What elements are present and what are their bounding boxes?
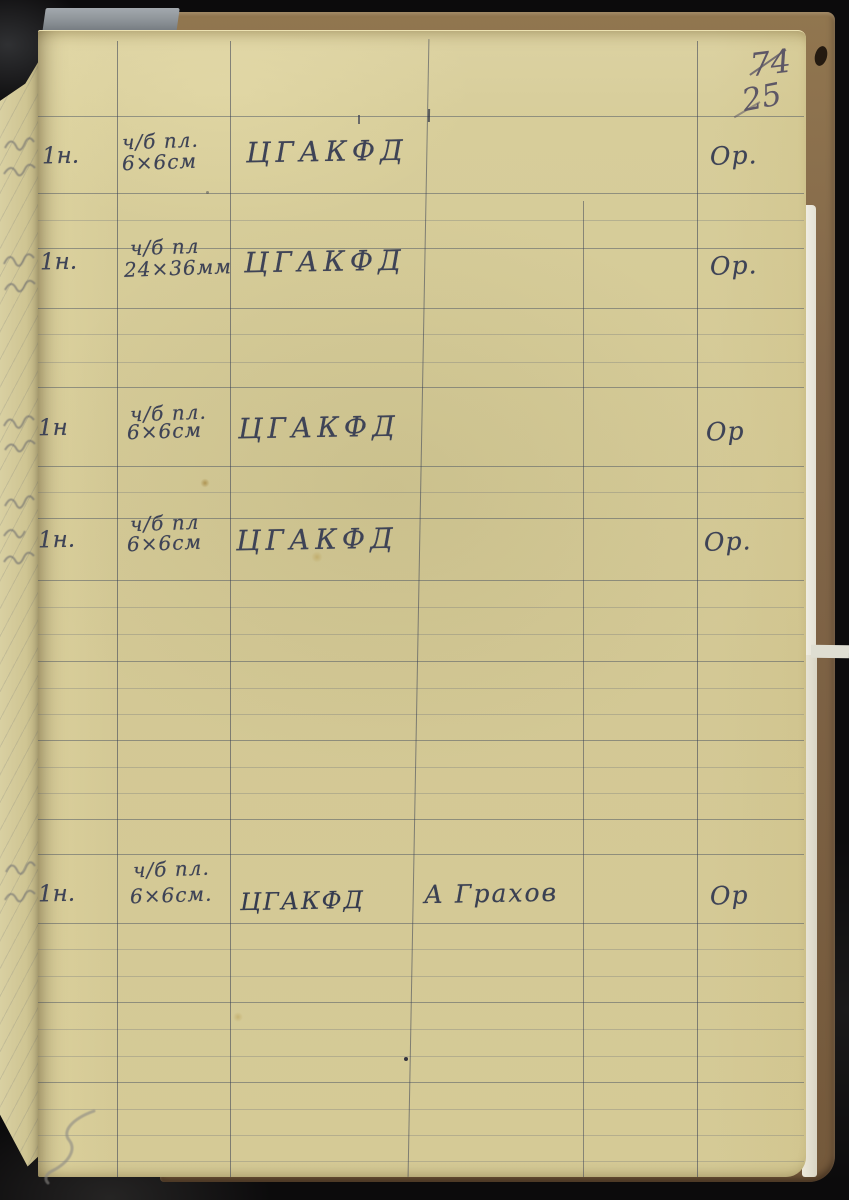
archive-cell: ЦГАКФД [236,522,398,558]
ruled-line [38,661,804,662]
column-divider-line [117,41,118,1177]
page-number-old: 74 [748,45,792,82]
ruled-line [38,1029,804,1030]
ruled-line [38,714,804,715]
ruled-line [38,949,804,950]
mark-cell: Ор. [710,250,758,281]
ruled-line [38,1161,804,1162]
ruled-line [38,1109,804,1110]
ruled-line [38,1082,804,1083]
column-divider-line [697,41,698,1177]
quantity-cell: 1н [38,415,68,442]
ink-tick [428,109,430,122]
quantity-cell: 1н. [38,881,76,908]
ruled-line [38,1056,804,1057]
mark-cell: Ор. [704,526,752,557]
archive-cell: ЦГАКФД [240,886,365,916]
ruled-line [38,688,804,689]
ruled-line [38,767,804,768]
ruled-line [38,976,804,977]
format-cell: ч/б пл. [133,856,211,883]
ink-speck [404,1057,408,1061]
ledger-page: 74 25 1н. ч/б пл. 6×6см ЦГАКФД Ор. 1н. ч… [38,30,806,1177]
margin-scribble [2,244,40,300]
ruled-line [38,854,804,855]
scanned-ledger-photo: { "page_header": { "old_page_number": "7… [0,0,849,1200]
column-divider-line [230,41,231,1177]
ruled-line [38,634,804,635]
format-cell: 6×6см [127,418,203,445]
quantity-cell: 1н. [42,143,80,170]
ruled-line [38,193,804,194]
ruled-line [38,308,804,309]
archive-cell: ЦГАКФД [244,244,406,280]
archive-cell: ЦГАКФД [238,410,400,446]
inserted-sheet-tab [811,645,849,658]
punch-hole [813,45,829,67]
mark-cell: Ор. [710,140,758,171]
ruled-line [38,334,804,335]
ruled-line [38,220,804,221]
margin-scribble [2,854,40,914]
format-cell: 6×6см [122,149,198,176]
margin-scribble [2,130,40,186]
margin-scribble [2,408,40,460]
quantity-cell: 1н. [40,249,78,276]
ruled-line [38,580,804,581]
margin-scribble [2,486,40,572]
ink-speck [206,191,209,194]
ruled-line [38,362,804,363]
format-cell: 24×36мм [124,254,233,282]
ruled-line [38,923,804,924]
ruled-line [38,1002,804,1003]
ruled-line [38,740,804,741]
page-number-new: 25 [740,79,786,117]
ruled-line [38,819,804,820]
ruled-line [38,387,804,388]
archive-cell: ЦГАКФД [246,134,408,170]
author-cell: А Грахов [424,878,559,909]
format-cell: 6×6см [127,530,203,557]
ruled-line [38,793,804,794]
mark-cell: Ор [706,416,745,446]
ink-speck [358,115,360,124]
ruled-line [38,607,804,608]
mark-cell: Ор [710,880,749,910]
ruled-line [38,116,804,117]
column-divider-line [583,201,584,1177]
pencil-mark [42,1107,102,1189]
page-number: 74 25 [750,47,791,112]
ruled-line [38,1135,804,1136]
quantity-cell: 1н. [38,527,76,554]
format-cell: 6×6см. [130,882,213,909]
